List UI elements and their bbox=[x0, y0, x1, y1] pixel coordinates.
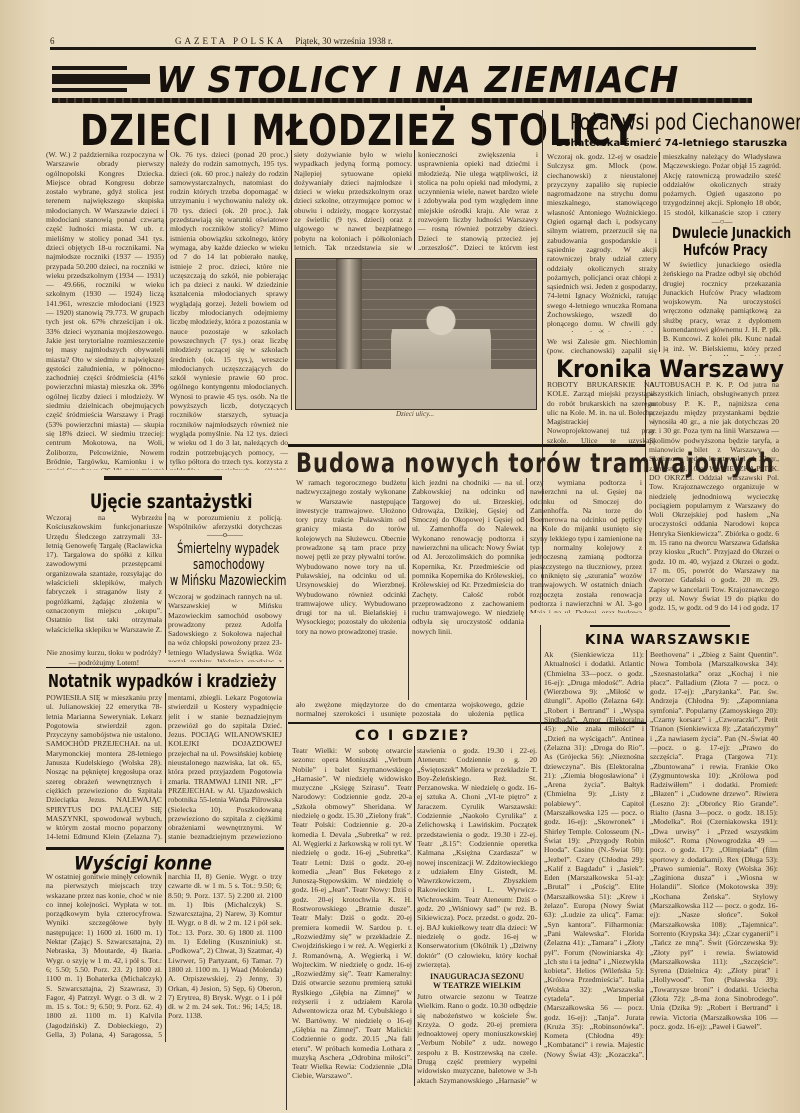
races-top-rule bbox=[46, 847, 284, 850]
crash-body: Wczoraj w godzinach rannych na ul. Warsz… bbox=[168, 592, 282, 662]
kronika-col-2: AUTOBUSACH P. K. P. Od jutra na wszystki… bbox=[649, 380, 779, 612]
headline-crash-2: samochodowy bbox=[193, 558, 265, 573]
column-divider bbox=[408, 478, 409, 700]
column-divider bbox=[291, 150, 292, 410]
notebook-col-1: POWIESIŁA SIĘ w mieszkaniu przy ul. Juli… bbox=[46, 693, 162, 841]
column-divider bbox=[165, 872, 166, 1042]
separator-ornament: × bbox=[547, 327, 657, 336]
children-col-3: siety dożywianie było w wielu wypadkach … bbox=[294, 150, 412, 250]
blackmail-top-rule bbox=[104, 476, 222, 480]
theatre-col-2-tail: Jutro otwarcie sezonu w Teatrze Wielkim.… bbox=[417, 992, 537, 1086]
column-divider bbox=[286, 620, 287, 1110]
children-col-1: (W. W.) 2 października rozpoczyna w Wars… bbox=[46, 150, 164, 470]
photo-street-children bbox=[295, 258, 537, 410]
cinemas-col-2: Beethovena” i „Zbieg z Saint Quentin”. N… bbox=[650, 650, 778, 1062]
children-col-4: konieczności zwiększenia i usprawnienia … bbox=[418, 150, 538, 250]
junacy-body: W świetlicy junackiego osiedla żeńskiego… bbox=[663, 260, 781, 356]
children-col-2: Ok. 76 tys. dzieci (ponad 20 proc.) nale… bbox=[170, 150, 288, 470]
tram-col-1: W ramach tegorocznego budżetu nadzwyczaj… bbox=[296, 478, 406, 698]
column-divider bbox=[414, 150, 415, 250]
ad-lot-line1: Nie znosimy kurzu, tłoku w podróży? bbox=[46, 648, 162, 657]
banner-underline bbox=[52, 98, 752, 103]
theatre-subhead-1: INAUGURACJA SEZONU bbox=[417, 972, 537, 981]
blackmail-body: Wczoraj na Wybrzeżu Kościuszkowskim funk… bbox=[46, 513, 162, 635]
column-divider bbox=[540, 625, 541, 1045]
column-divider bbox=[646, 650, 647, 1060]
photo-step bbox=[296, 369, 536, 409]
column-divider bbox=[526, 478, 527, 700]
tram-tail-right: do cmentarza wojskowego, gdzie pozostała… bbox=[412, 700, 524, 719]
headline-crash-1: Śmiertelny wypadek bbox=[177, 542, 279, 557]
section-banner: W STOLICY I NA ZIEMIACH bbox=[52, 60, 752, 100]
kronika-col-1: ROBOTY BRUKARSKIE NA KOLE. Zarząd miejsk… bbox=[547, 380, 655, 446]
tram-top-rule bbox=[288, 444, 646, 447]
cinemas-top-rule bbox=[590, 625, 730, 627]
issue-date: Piątek, 30 września 1938 r. bbox=[295, 36, 392, 46]
theatre-subhead-2: W TEATRZE WIELKIM bbox=[417, 981, 537, 990]
headline-fire: Pożar wsi pod Ciechanowem bbox=[570, 110, 800, 136]
fire-col-1: Wczoraj ok. godz. 12-ej w osadzie Sulczy… bbox=[547, 152, 657, 332]
section-title: W STOLICY I NA ZIEMIACH bbox=[156, 60, 679, 101]
fire-col-2: mieszkalny należący do Władysława Mączew… bbox=[663, 152, 781, 218]
headline-blackmail: Ujęcie szantażystki bbox=[90, 490, 252, 513]
tram-col-2: kich jezdni na chodniki — na ul. Zabkows… bbox=[412, 478, 524, 700]
tram-col-3: orzy wymiana podtorza i nawierzchni na u… bbox=[530, 478, 642, 613]
separator-ornament: ——o—— bbox=[168, 530, 282, 539]
headline-tram: Budowa nowych torów tramwajowych bbox=[296, 448, 775, 478]
newspaper-page: 6 GAZETA POLSKA Piątek, 30 września 1938… bbox=[0, 0, 800, 1113]
notebook-col-2: mentami, zbiegli. Lekarz Pogotowia stwie… bbox=[168, 693, 282, 841]
masthead: GAZETA POLSKA Piątek, 30 września 1938 r… bbox=[175, 36, 393, 46]
headline-junacy-1: Dwulecie Junackich bbox=[672, 224, 791, 242]
fire-col-1-tail: We wsi Zalesie gm. Niechlomin (pow. ciec… bbox=[547, 337, 657, 356]
headline-notebook: Notatnik wypadków i kradzieży bbox=[48, 672, 277, 692]
races-col-2: narchia II, 8) Genie. Wygr. o trzy czwar… bbox=[168, 872, 282, 1040]
cinemas-col-1: Ak (Sienkiewicza 11): Aktualności i doda… bbox=[544, 650, 644, 1060]
subheadline-fire: Bohaterska śmierć 74-letniego staruszka bbox=[556, 138, 787, 149]
column-divider bbox=[165, 513, 166, 653]
photo-caption: Dzieci ulicy... bbox=[295, 410, 535, 418]
headline-crash-3: w Mińsku Mazowieckim bbox=[170, 574, 286, 589]
headline-children: DZIECI I MŁODZIEŻ STOLICY bbox=[80, 106, 637, 156]
theatre-col-1: Teatr Wielki: W sobotę otwarcie sezonu: … bbox=[292, 746, 412, 1086]
column-divider bbox=[166, 150, 167, 470]
column-divider bbox=[165, 693, 166, 843]
ad-lot-line2: — podróżujmy Lotem! bbox=[46, 658, 162, 667]
banner-stripes bbox=[52, 66, 150, 96]
masthead-title: GAZETA POLSKA bbox=[175, 36, 286, 46]
page-number: 6 bbox=[50, 36, 56, 46]
theatre-col-2: stawienia o godz. 19.30 i 22-ej. Ateneum… bbox=[417, 746, 537, 968]
headline-junacy-2: Hufców Pracy bbox=[683, 241, 768, 259]
headline-cinemas: KINA WARSZAWSKIE bbox=[585, 633, 751, 648]
headline-theatre: CO I GDZIE? bbox=[355, 728, 470, 744]
races-col-1: W ostatniej gonitwie minęły celownik na … bbox=[46, 872, 162, 1040]
photo-drainpipe bbox=[336, 259, 362, 369]
tram-tail-left: ało zwężone międzytorze do normalnej sze… bbox=[296, 700, 406, 719]
column-divider bbox=[414, 746, 415, 1086]
notebook-top-rule bbox=[46, 667, 284, 668]
column-divider bbox=[659, 152, 660, 352]
header-rule bbox=[50, 47, 756, 50]
column-divider bbox=[645, 380, 646, 610]
